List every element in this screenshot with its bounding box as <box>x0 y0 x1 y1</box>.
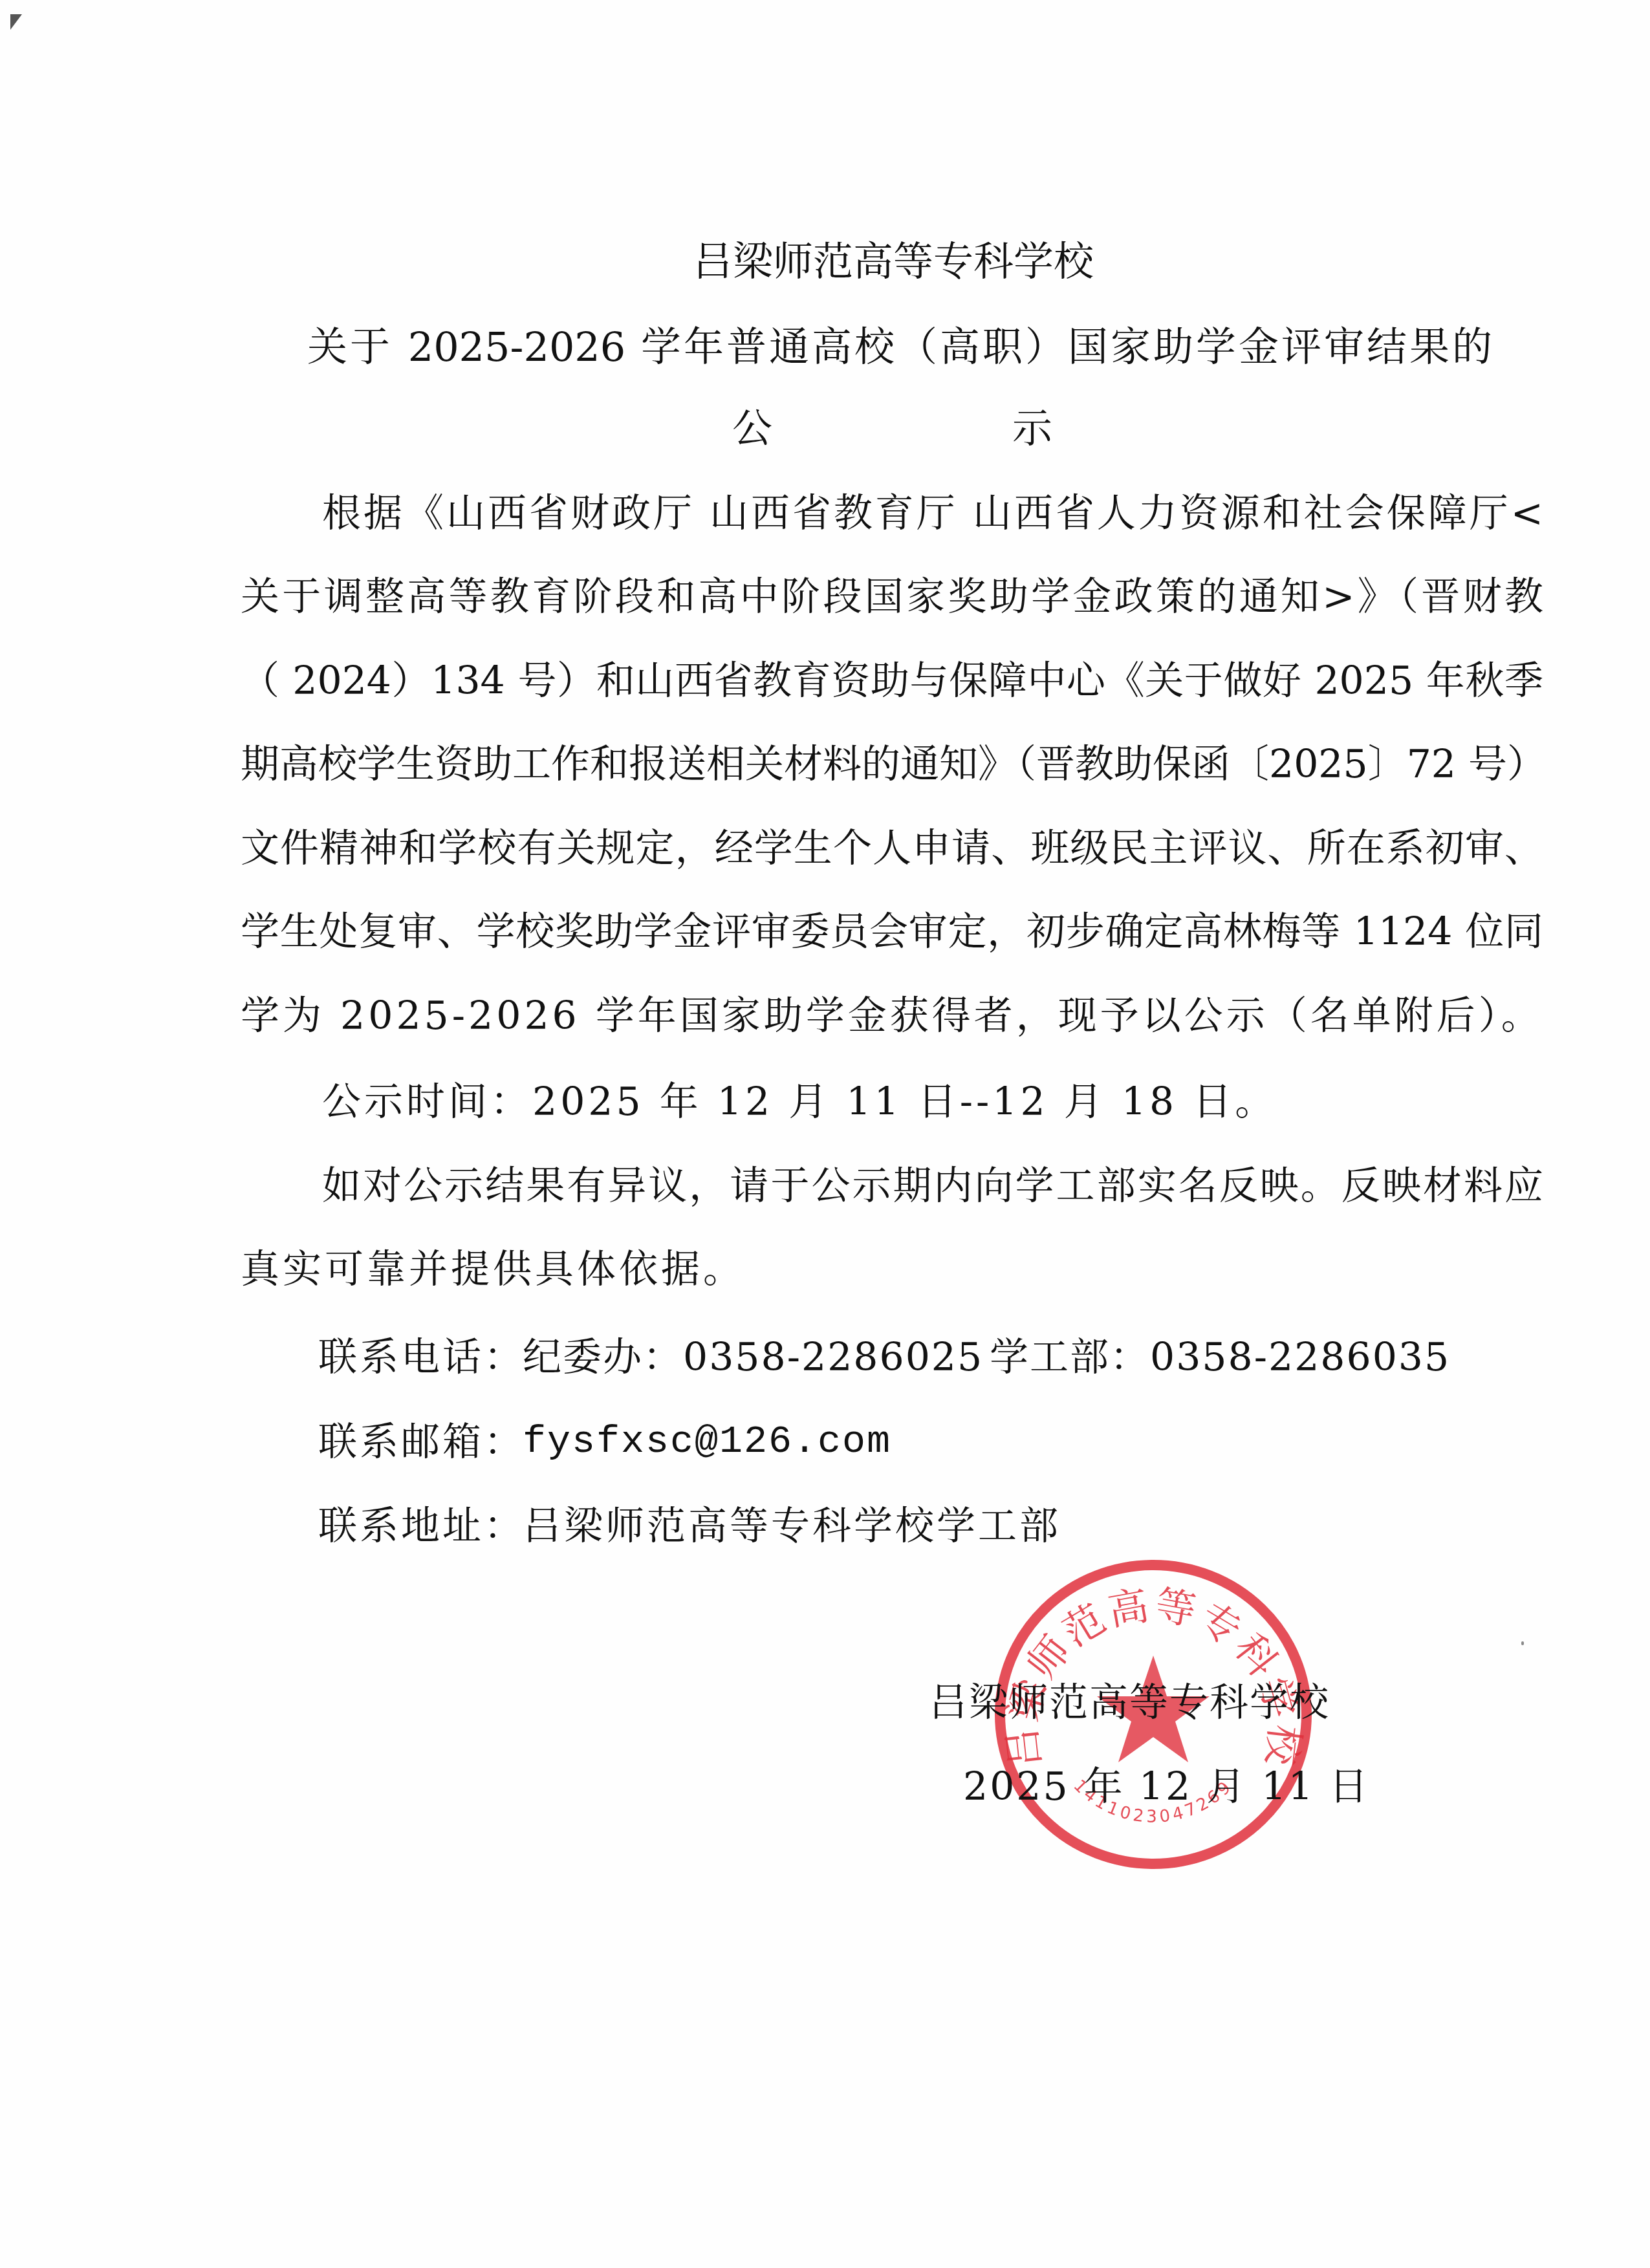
issue-date: 2025 年 12 月 11 日 <box>963 1761 1370 1813</box>
body-line: 学为 2025-2026 学年国家助学金获得者，现予以公示（名单附后）。 <box>241 990 1543 1042</box>
scan-artifact <box>10 14 22 30</box>
email-label: 联系邮箱： <box>318 1416 525 1468</box>
objection-line: 真实可靠并提供具体依据。 <box>241 1244 745 1295</box>
scan-speck <box>1521 1641 1524 1645</box>
notice-char-1: 公 <box>732 403 772 455</box>
phone-discipline-office: 纪委办：0358-2286025 <box>523 1332 983 1383</box>
phone-label: 联系电话： <box>318 1332 525 1383</box>
body-line: 学生处复审、学校奖助学金评审委员会审定，初步确定高林梅等 1124 位同 <box>241 906 1543 958</box>
address-value: 吕梁师范高等专科学校学工部 <box>523 1500 1061 1552</box>
document-title: 关于 2025-2026 学年普通高校（高职）国家助学金评审结果的 <box>307 321 1492 373</box>
body-line: 根据《山西省财政厅 山西省教育厅 山西省人力资源和社会保障厅< <box>322 488 1543 539</box>
phone-student-affairs: 学工部：0358-2286035 <box>990 1332 1450 1383</box>
issuer-signature: 吕梁师范高等专科学校 <box>929 1677 1330 1729</box>
objection-line: 如对公示结果有异议，请于公示期内向学工部实名反映。反映材料应 <box>322 1160 1543 1212</box>
body-line: 期高校学生资助工作和报送相关材料的通知》（晋教助保函〔2025〕72 号） <box>241 739 1543 790</box>
notice-char-2: 示 <box>1012 403 1052 455</box>
body-line: （ 2024）134 号）和山西省教育资助与保障中心《关于做好 2025 年秋季… <box>241 655 1543 707</box>
body-line: 文件精神和学校有关规定，经学生个人申请、班级民主评议、所在系初审、 <box>241 823 1543 874</box>
institution-title: 吕梁师范高等专科学校 <box>667 236 1120 288</box>
email-link[interactable]: fysfxsc@126.com <box>523 1416 891 1468</box>
address-label: 联系地址： <box>318 1500 525 1552</box>
body-line: 关于调整高等教育阶段和高中阶段国家奖助学金政策的通知>》（晋财教 <box>241 571 1543 623</box>
document-page: 吕梁师范高等专科学校 关于 2025-2026 学年普通高校（高职）国家助学金评… <box>0 0 1650 2268</box>
publicity-period: 公示时间：2025 年 12 月 11 日--12 月 18 日。 <box>322 1076 1277 1128</box>
